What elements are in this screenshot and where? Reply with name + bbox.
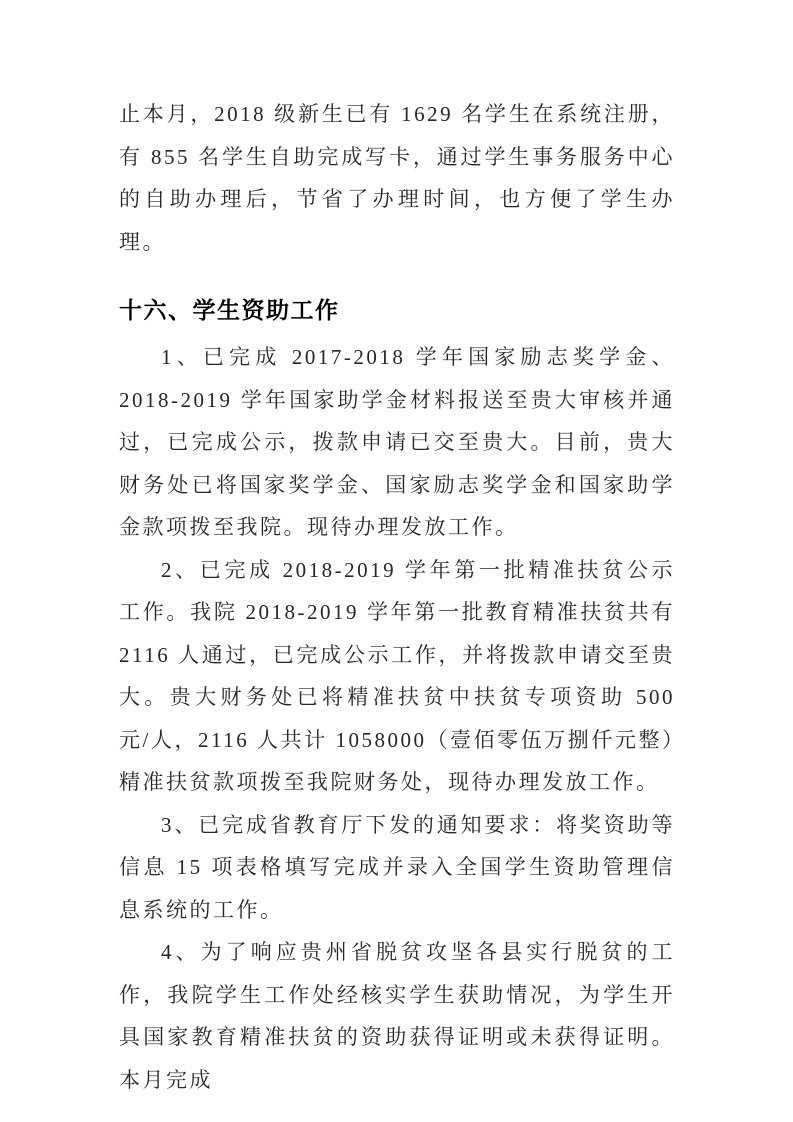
numbered-paragraph-4: 4、为了响应贵州省脱贫攻坚各县实行脱贫的工作，我院学生工作处经核实学生获助情况，… [119,931,675,1101]
numbered-paragraph-3: 3、已完成省教育厅下发的通知要求：将奖资助等信息 15 项表格填写完成并录入全国… [119,804,675,932]
numbered-paragraph-2: 2、已完成 2018-2019 学年第一批精准扶贫公示工作。我院 2018-20… [119,549,675,804]
intro-continuation-paragraph: 止本月，2018 级新生已有 1629 名学生在系统注册，有 855 名学生自助… [119,93,675,263]
numbered-paragraph-1: 1、已完成 2017-2018 学年国家励志奖学金、2018-2019 学年国家… [119,336,675,549]
section-heading: 十六、学生资助工作 [119,294,675,326]
document-page: 止本月，2018 级新生已有 1629 名学生在系统注册，有 855 名学生自助… [0,0,793,1122]
